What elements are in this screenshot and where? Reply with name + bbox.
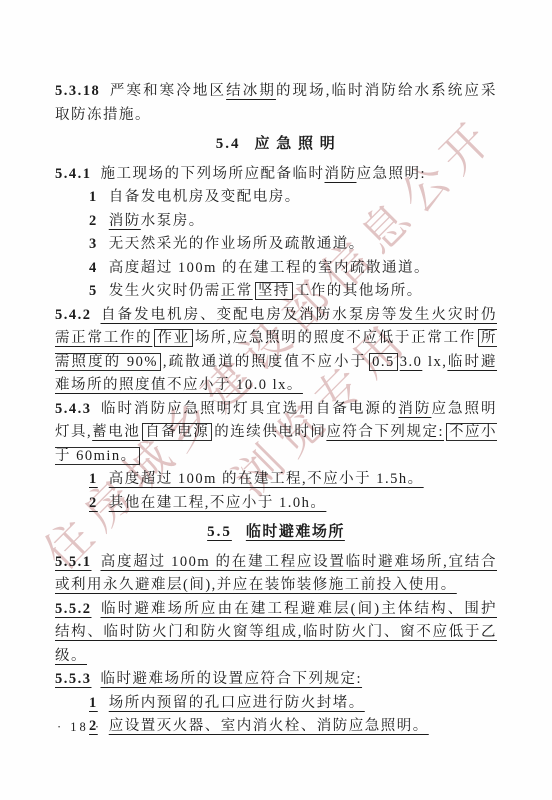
clause-paragraph: 5.5.2临时避难场所应由在建工程避难层(间)主体结构、围护结构、临时防火门和防… [55,598,497,669]
text-segment: 严寒和寒冷地区 [109,83,226,99]
item-number: 2 [89,213,98,229]
deleted-text: 自备电源 [142,423,212,441]
text-segment: 水泵房。 [141,213,205,229]
text-segment: 临时消防应急照明灯具宜选用自备电源的 [101,401,399,417]
inserted-text: 临时避难场所的设置应符合下列规定: [101,671,363,687]
inserted-text: 3.0 [400,354,423,370]
clause-paragraph: 5.3.18严寒和寒冷地区结冰期的现场,临时消防给水系统应采取防冻措施。 [55,80,497,127]
text-segment: 自备发电机房及变配电房。 [109,189,301,205]
list-item: 1高度超过 100m 的在建工程,不应小于 1.5h。 [55,468,497,492]
section-heading: 5.5临时避难场所 [55,521,497,545]
document-blocks: 5.3.18严寒和寒冷地区结冰期的现场,临时消防给水系统应采取防冻措施。5.4应… [55,80,497,739]
inserted-text: 消防 [325,166,357,182]
text-segment: lx, [422,354,447,370]
text-segment: 应急照明: [357,166,427,182]
list-item: 4高度超过 100m 的在建工程的室内疏散通道。 [55,257,497,281]
inserted-text: 高度超过 100m 的在建工程应设置临时避难场所,宜结合或利用永久避难层(间),… [55,554,497,594]
document-content: 5.3.18严寒和寒冷地区结冰期的现场,临时消防给水系统应采取防冻措施。5.4应… [55,80,497,739]
clause-paragraph: 5.4.3临时消防应急照明灯具宜选用自备电源的消防应急照明灯具,蓄电池自备电源的… [55,398,497,469]
clause-number: 5.5.2 [55,601,92,617]
list-item: 1自备发电机房及变配电房。 [55,186,497,210]
inserted-text: 消防 [398,401,431,417]
clause-number: 5.3.18 [55,83,100,99]
clause-number: 5.4.3 [55,401,92,417]
clause-paragraph: 5.4.1施工现场的下列场所应配备临时消防应急照明: [55,163,497,187]
inserted-text: 其他在建工程,不应小于 1.0h。 [109,495,327,511]
item-number: 2 [89,495,98,511]
list-item: 2其他在建工程,不应小于 1.0h。 [55,492,497,516]
deleted-text: 坚持 [255,282,293,300]
text-segment: 场所,应急照明的照度不应低于正常工作 [195,330,476,346]
inserted-text: 结冰期 [226,83,276,99]
item-number: 1 [89,471,98,487]
section-heading-text: 5.4应 急 照 明 [216,136,337,152]
list-item: 5发生火灾时仍需正常坚持工作的其他场所。 [55,280,497,304]
inserted-text: 应符合下列规定: [326,424,444,440]
item-number: 1 [89,189,98,205]
inserted-text: 高度超过 100m 的在建工程,不应小于 1.5h。 [109,471,424,487]
inserted-text: 正常 [221,283,253,299]
inserted-text: 蓄电池 [92,424,140,440]
list-item: 2消防水泵房。 [55,210,497,234]
clause-number: 5.5.3 [55,671,92,687]
text-segment: 高度超过 100m 的在建工程的室内疏散通道。 [109,260,430,276]
section-heading-text: 5.5临时避难场所 [207,524,345,540]
list-item: 3无天然采光的作业场所及疏散通道。 [55,233,497,257]
clause-paragraph: 5.5.3临时避难场所的设置应符合下列规定: [55,668,497,692]
item-number: 4 [89,260,98,276]
inserted-text: 应设置灭火器、室内消火栓、消防应急照明。 [109,718,429,734]
item-number: 1 [89,695,98,711]
list-item: 1场所内预留的孔口应进行防火封堵。 [55,692,497,716]
item-number: 3 [89,236,98,252]
deleted-text: 0.5 [369,353,398,371]
clause-number: 5.4.2 [55,307,92,323]
list-item: 2应设置灭火器、室内消火栓、消防应急照明。 [55,715,497,739]
clause-paragraph: 5.4.2自备发电机房、变配电房及消防水泵房等发生火灾时仍需正常工作的作业场所,… [55,304,497,398]
text-segment: ,疏散通道的照度值不应小于 [163,354,367,370]
text-segment: 发生火灾时仍需 [109,283,221,299]
item-number: 5 [89,283,98,299]
clause-number: 5.4.1 [55,166,92,182]
text-segment: 施工现场的下列场所应配备临时 [101,166,325,182]
page-number: · 18 · [57,720,102,735]
inserted-text: 临时避难场所应由在建工程避难层(间)主体结构、围护结构、临时防火门和防火窗等组成… [55,601,497,664]
inserted-text: 场所内预留的孔口应进行防火封堵。 [109,695,365,711]
clause-paragraph: 5.5.1高度超过 100m 的在建工程应设置临时避难场所,宜结合或利用永久避难… [55,551,497,598]
section-title: 临时避难场所 [246,524,345,540]
text-segment: 工作的其他场所。 [295,283,423,299]
document-page: 住房城乡建设部信息公开 浏览专用 5.3.18严寒和寒冷地区结冰期的现场,临时消… [0,0,552,800]
section-number: 5.4 [216,136,241,152]
section-title: 应 急 照 明 [254,136,336,152]
section-number: 5.5 [207,524,232,540]
text-segment: 无天然采光的作业场所及疏散通道。 [109,236,365,252]
text-segment: 的连续供电时间 [214,424,326,440]
inserted-text: 消防 [109,213,141,229]
deleted-text: 作业 [154,329,192,347]
clause-number: 5.5.1 [55,554,92,570]
section-heading: 5.4应 急 照 明 [55,133,497,157]
